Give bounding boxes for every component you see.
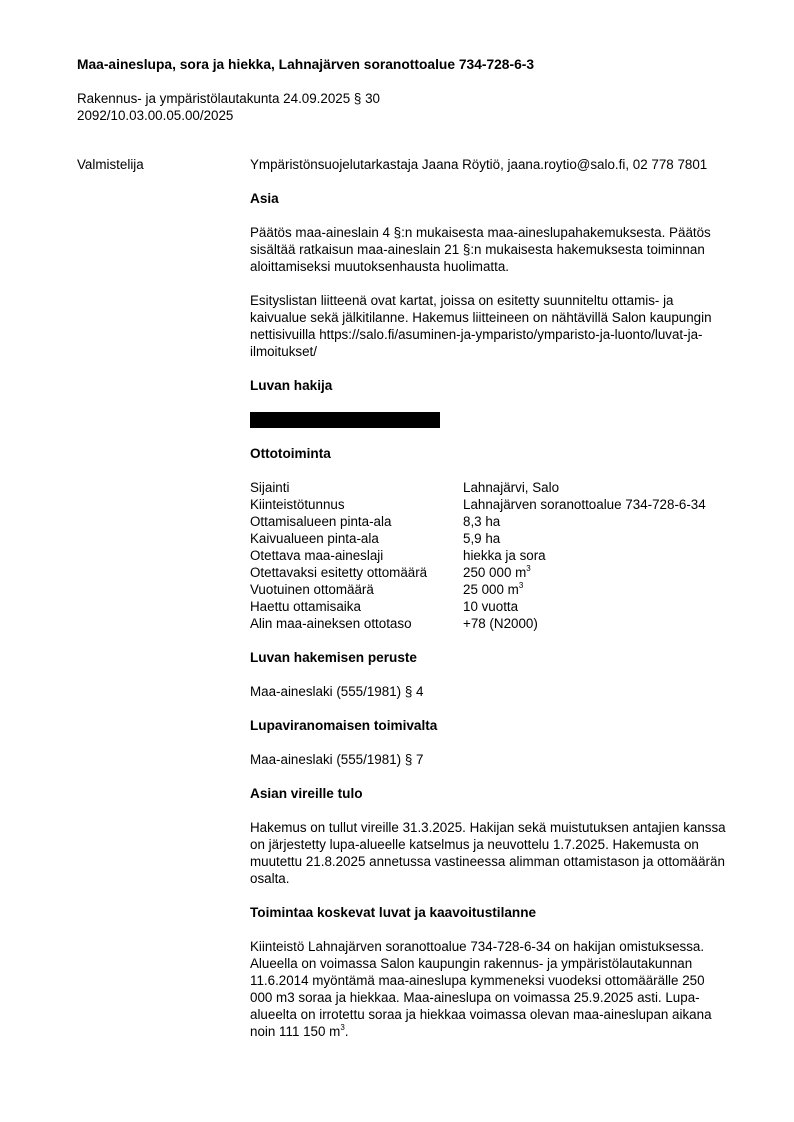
document-title: Maa-aineslupa, sora ja hiekka, Lahnajärv… [77, 56, 534, 73]
record-id: 2092/10.03.00.05.00/2025 [77, 107, 380, 124]
facts-key: Vuotuinen ottomäärä [250, 581, 463, 598]
heading-peruste: Luvan hakemisen peruste [250, 649, 730, 666]
redacted-applicant [250, 412, 440, 428]
facts-row: Alin maa-aineksen ottotaso+78 (N2000) [250, 615, 706, 632]
preparer-value: Ympäristönsuojelutarkastaja Jaana Röytiö… [250, 156, 720, 173]
peruste-text: Maa-aineslaki (555/1981) § 4 [250, 683, 730, 700]
facts-row: Ottamisalueen pinta-ala8,3 ha [250, 513, 706, 530]
facts-value: Lahnajärvi, Salo [463, 479, 706, 496]
heading-luvat: Toimintaa koskevat luvat ja kaavoitustil… [250, 904, 730, 921]
facts-key: Otettava maa-aineslaji [250, 547, 463, 564]
facts-key: Alin maa-aineksen ottotaso [250, 615, 463, 632]
facts-row: Vuotuinen ottomäärä25 000 m3 [250, 581, 706, 598]
facts-key: Ottamisalueen pinta-ala [250, 513, 463, 530]
facts-value: +78 (N2000) [463, 615, 706, 632]
extraction-facts-table: SijaintiLahnajärvi, SaloKiinteistötunnus… [250, 479, 706, 632]
facts-key: Otettavaksi esitetty ottomäärä [250, 564, 463, 581]
facts-value: 10 vuotta [463, 598, 706, 615]
meeting-reference: Rakennus- ja ympäristölautakunta 24.09.2… [77, 90, 380, 107]
facts-row: KiinteistötunnusLahnajärven soranottoalu… [250, 496, 706, 513]
heading-luvan-hakija: Luvan hakija [250, 377, 730, 394]
facts-value: 5,9 ha [463, 530, 706, 547]
facts-row: Otettava maa-aineslajihiekka ja sora [250, 547, 706, 564]
facts-row: SijaintiLahnajärvi, Salo [250, 479, 706, 496]
luvat-text: Kiinteistö Lahnajärven soranottoalue 734… [250, 938, 730, 1040]
content-column: Ympäristönsuojelutarkastaja Jaana Röytiö… [250, 156, 730, 1040]
heading-asia: Asia [250, 190, 730, 207]
facts-key: Haettu ottamisaika [250, 598, 463, 615]
facts-row: Kaivualueen pinta-ala5,9 ha [250, 530, 706, 547]
heading-toimivalta: Lupaviranomaisen toimivalta [250, 717, 730, 734]
facts-key: Kaivualueen pinta-ala [250, 530, 463, 547]
meeting-info: Rakennus- ja ympäristölautakunta 24.09.2… [77, 90, 380, 124]
facts-row: Haettu ottamisaika10 vuotta [250, 598, 706, 615]
vireille-text: Hakemus on tullut vireille 31.3.2025. Ha… [250, 819, 730, 887]
facts-key: Kiinteistötunnus [250, 496, 463, 513]
facts-key: Sijainti [250, 479, 463, 496]
facts-row: Otettavaksi esitetty ottomäärä250 000 m3 [250, 564, 706, 581]
heading-ottotoiminta: Ottotoiminta [250, 445, 730, 462]
facts-value: 250 000 m3 [463, 564, 706, 581]
facts-value: hiekka ja sora [463, 547, 706, 564]
facts-value: 25 000 m3 [463, 581, 706, 598]
facts-value: 8,3 ha [463, 513, 706, 530]
asia-paragraph-1: Päätös maa-aineslain 4 §:n mukaisesta ma… [250, 224, 730, 275]
preparer-label: Valmistelija [77, 156, 144, 173]
toimivalta-text: Maa-aineslaki (555/1981) § 7 [250, 751, 730, 768]
facts-value: Lahnajärven soranottoalue 734-728-6-34 [463, 496, 706, 513]
heading-vireille: Asian vireille tulo [250, 785, 730, 802]
asia-paragraph-2: Esityslistan liitteenä ovat kartat, jois… [250, 292, 730, 360]
